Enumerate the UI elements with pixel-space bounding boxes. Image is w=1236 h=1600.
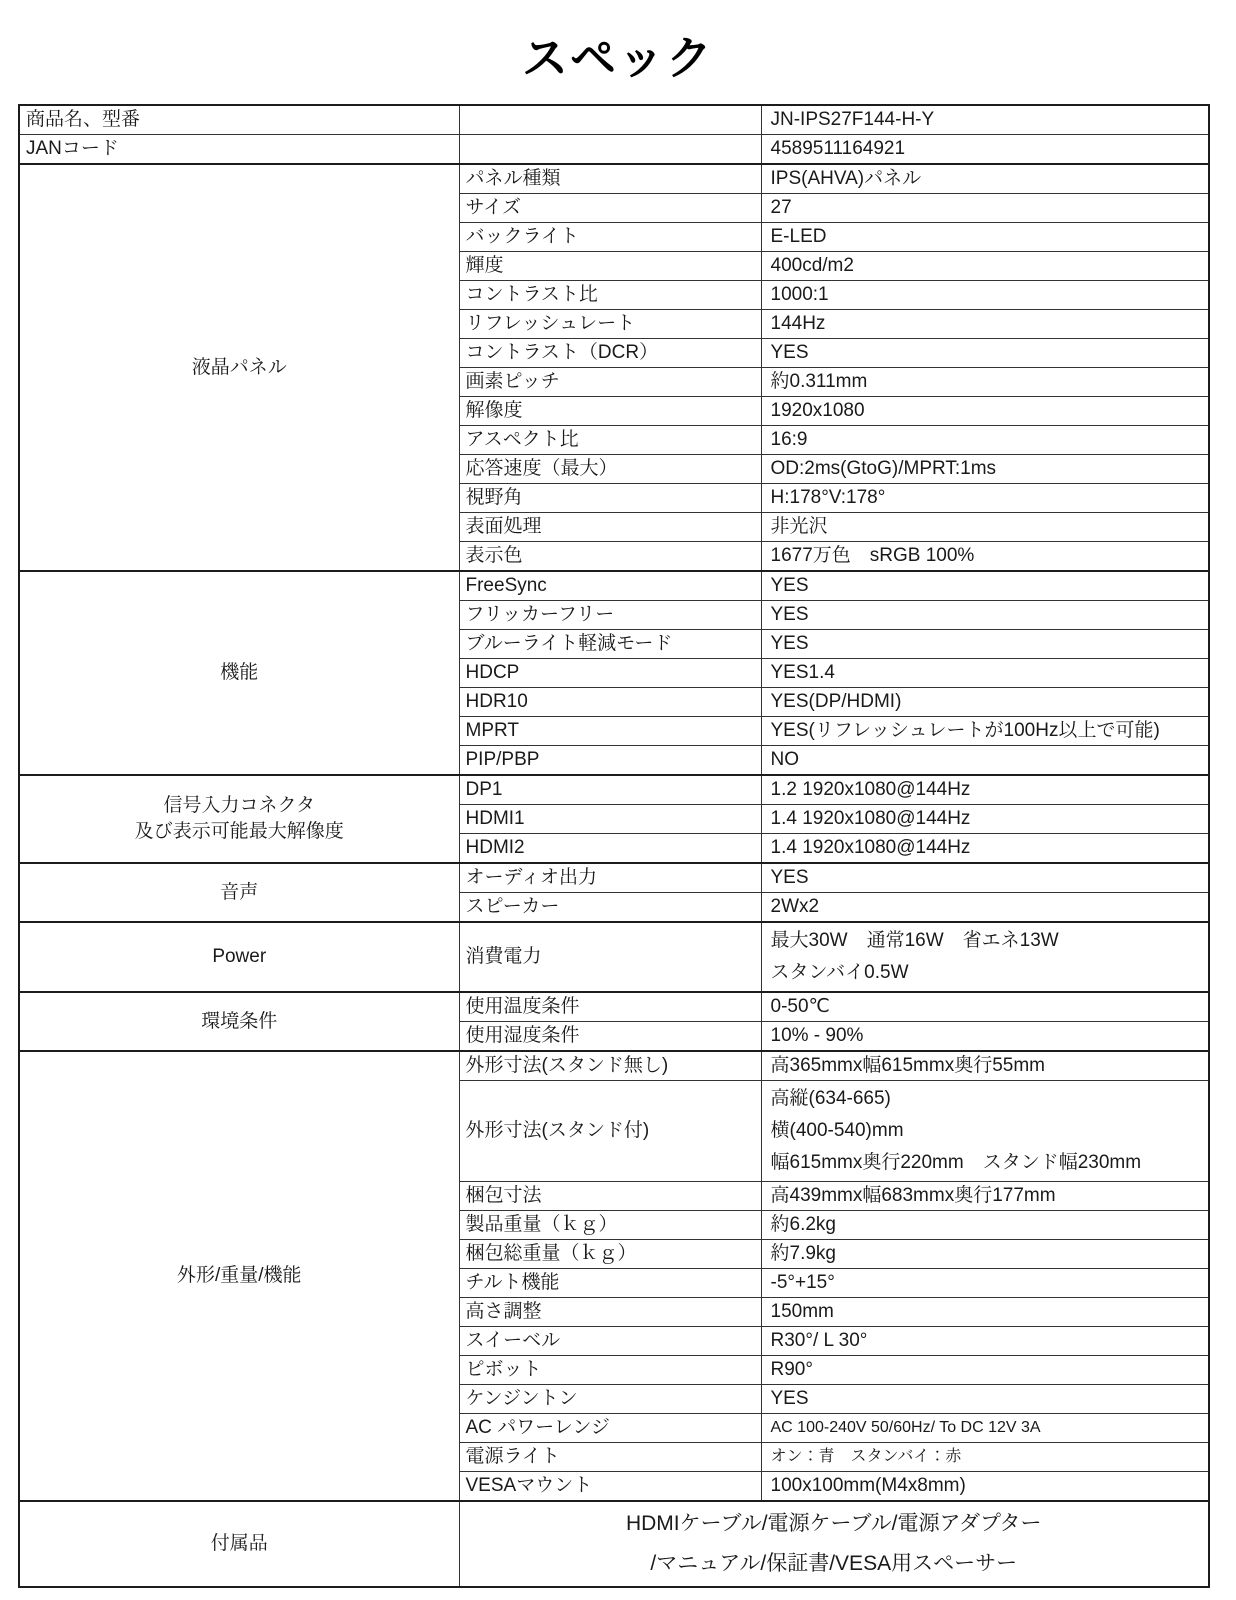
value-line: /マニュアル/保証書/VESA用スペーサー [466, 1544, 1203, 1584]
spec-value-cell: 1677万色 sRGB 100% [761, 542, 1209, 572]
spec-sheet-page: スペック 商品名、型番JN-IPS27F144-H-YJANコード4589511… [0, 0, 1236, 1600]
table-row: Power消費電力最大30W 通常16W 省エネ13Wスタンバイ0.5W [19, 922, 1209, 992]
spec-label-cell: サイズ [459, 194, 761, 223]
spec-label-cell: 使用湿度条件 [459, 1022, 761, 1052]
spec-label-cell: フリッカーフリー [459, 601, 761, 630]
spec-value-cell: YES1.4 [761, 659, 1209, 688]
spec-value-cell: 約7.9kg [761, 1240, 1209, 1269]
spec-label-cell: HDR10 [459, 688, 761, 717]
table-row: 機能FreeSyncYES [19, 571, 1209, 601]
value-line: 高縦(634-665) [771, 1083, 1203, 1115]
spec-value-cell: OD:2ms(GtoG)/MPRT:1ms [761, 455, 1209, 484]
spec-value-cell: YES [761, 601, 1209, 630]
table-row: 付属品HDMIケーブル/電源ケーブル/電源アダプター/マニュアル/保証書/VES… [19, 1501, 1209, 1587]
spec-label-cell: 応答速度（最大） [459, 455, 761, 484]
table-row: 音声オーディオ出力YES [19, 863, 1209, 893]
value-line: スタンバイ0.5W [771, 957, 1203, 989]
spec-value-cell: 約0.311mm [761, 368, 1209, 397]
spec-value-cell: 150mm [761, 1298, 1209, 1327]
spec-label-cell: 消費電力 [459, 922, 761, 992]
table-row: JANコード4589511164921 [19, 135, 1209, 165]
table-row: 液晶パネルパネル種類IPS(AHVA)パネル [19, 164, 1209, 194]
spec-value-cell: 非光沢 [761, 513, 1209, 542]
spec-value-cell: YES [761, 1385, 1209, 1414]
spec-category-cell: 液晶パネル [19, 164, 459, 571]
table-row: 信号入力コネクタ 及び表示可能最大解像度DP11.2 1920x1080@144… [19, 775, 1209, 805]
spec-label-cell: コントラスト（DCR） [459, 339, 761, 368]
spec-category-cell: 音声 [19, 863, 459, 922]
table-row: 環境条件使用温度条件0-50℃ [19, 992, 1209, 1022]
spec-label-cell: 外形寸法(スタンド無し) [459, 1051, 761, 1081]
spec-label-cell: 使用温度条件 [459, 992, 761, 1022]
spec-value-cell: HDMIケーブル/電源ケーブル/電源アダプター/マニュアル/保証書/VESA用ス… [459, 1501, 1209, 1587]
spec-label-cell: JANコード [19, 135, 459, 165]
spec-value-cell: 高365mmx幅615mmx奥行55mm [761, 1051, 1209, 1081]
spec-label-cell: コントラスト比 [459, 281, 761, 310]
spec-value-cell: YES [761, 630, 1209, 659]
page-title: スペック [0, 0, 1236, 104]
spec-value-cell: YES [761, 863, 1209, 893]
spec-value-cell: H:178°V:178° [761, 484, 1209, 513]
spec-value-cell: JN-IPS27F144-H-Y [761, 105, 1209, 135]
spec-label-cell: ピボット [459, 1356, 761, 1385]
spec-value-cell: 2Wx2 [761, 893, 1209, 923]
spec-value-cell: 400cd/m2 [761, 252, 1209, 281]
spec-label-cell: HDCP [459, 659, 761, 688]
spec-label-cell: HDMI2 [459, 834, 761, 864]
spec-value-cell: 100x100mm(M4x8mm) [761, 1472, 1209, 1502]
spec-label-cell: パネル種類 [459, 164, 761, 194]
spec-label-cell: オーディオ出力 [459, 863, 761, 893]
spec-value-cell: 1.4 1920x1080@144Hz [761, 805, 1209, 834]
spec-value-cell: 144Hz [761, 310, 1209, 339]
spec-label-cell: スピーカー [459, 893, 761, 923]
spec-label-cell: ケンジントン [459, 1385, 761, 1414]
spec-label-cell: 表面処理 [459, 513, 761, 542]
spec-category-cell: 機能 [19, 571, 459, 775]
spec-value-cell: E-LED [761, 223, 1209, 252]
spec-value-cell: 27 [761, 194, 1209, 223]
spec-value-cell: オン：青 スタンバイ：赤 [761, 1443, 1209, 1472]
table-row: 外形/重量/機能外形寸法(スタンド無し)高365mmx幅615mmx奥行55mm [19, 1051, 1209, 1081]
spec-value-cell: 16:9 [761, 426, 1209, 455]
spec-label-cell: FreeSync [459, 571, 761, 601]
spec-value-cell: R90° [761, 1356, 1209, 1385]
value-line: 最大30W 通常16W 省エネ13W [771, 925, 1203, 957]
spec-label-cell: VESAマウント [459, 1472, 761, 1502]
spec-value-cell: 1.2 1920x1080@144Hz [761, 775, 1209, 805]
spec-value-cell: YES(DP/HDMI) [761, 688, 1209, 717]
spec-label-cell: 視野角 [459, 484, 761, 513]
spec-table: 商品名、型番JN-IPS27F144-H-YJANコード458951116492… [18, 104, 1210, 1588]
spec-value-cell: 1920x1080 [761, 397, 1209, 426]
spec-value-cell: AC 100-240V 50/60Hz/ To DC 12V 3A [761, 1414, 1209, 1443]
value-line: HDMIケーブル/電源ケーブル/電源アダプター [466, 1504, 1203, 1544]
spec-value-cell: 約6.2kg [761, 1211, 1209, 1240]
table-row: 商品名、型番JN-IPS27F144-H-Y [19, 105, 1209, 135]
spec-label-cell: DP1 [459, 775, 761, 805]
spec-label-cell: 高さ調整 [459, 1298, 761, 1327]
spec-value-cell: 1.4 1920x1080@144Hz [761, 834, 1209, 864]
spec-category-cell: 外形/重量/機能 [19, 1051, 459, 1501]
spec-value-cell: YES [761, 571, 1209, 601]
spec-value-cell: IPS(AHVA)パネル [761, 164, 1209, 194]
spec-label-cell: HDMI1 [459, 805, 761, 834]
spec-value-cell: -5°+15° [761, 1269, 1209, 1298]
spec-value-cell: 高439mmx幅683mmx奥行177mm [761, 1182, 1209, 1211]
spec-label-cell: MPRT [459, 717, 761, 746]
spec-label-cell: 梱包寸法 [459, 1182, 761, 1211]
value-line: 横(400-540)mm [771, 1115, 1203, 1147]
spec-value-cell: 1000:1 [761, 281, 1209, 310]
spec-label-cell: 画素ピッチ [459, 368, 761, 397]
spec-value-cell: R30°/ L 30° [761, 1327, 1209, 1356]
spec-value-cell: 0-50℃ [761, 992, 1209, 1022]
spec-label-cell: ブルーライト軽減モード [459, 630, 761, 659]
spec-label-cell: 表示色 [459, 542, 761, 572]
spec-label-cell: リフレッシュレート [459, 310, 761, 339]
spec-value-cell: YES [761, 339, 1209, 368]
spec-label-cell: チルト機能 [459, 1269, 761, 1298]
spec-label-cell: バックライト [459, 223, 761, 252]
spec-value-cell: 4589511164921 [761, 135, 1209, 165]
spec-label-cell: 梱包総重量（ｋｇ） [459, 1240, 761, 1269]
spec-label-cell: 製品重量（ｋｇ） [459, 1211, 761, 1240]
spec-category-cell: 環境条件 [19, 992, 459, 1051]
spec-label-cell: アスペクト比 [459, 426, 761, 455]
spec-empty-cell [459, 135, 761, 165]
spec-value-cell: YES(リフレッシュレートが100Hz以上で可能) [761, 717, 1209, 746]
spec-category-cell: 付属品 [19, 1501, 459, 1587]
spec-value-cell: 高縦(634-665)横(400-540)mm幅615mmx奥行220mm スタ… [761, 1081, 1209, 1182]
spec-value-cell: 10% - 90% [761, 1022, 1209, 1052]
spec-label-cell: 商品名、型番 [19, 105, 459, 135]
spec-empty-cell [459, 105, 761, 135]
spec-category-cell: 信号入力コネクタ 及び表示可能最大解像度 [19, 775, 459, 863]
spec-label-cell: 輝度 [459, 252, 761, 281]
spec-label-cell: 外形寸法(スタンド付) [459, 1081, 761, 1182]
spec-value-cell: 最大30W 通常16W 省エネ13Wスタンバイ0.5W [761, 922, 1209, 992]
spec-label-cell: 電源ライト [459, 1443, 761, 1472]
spec-label-cell: 解像度 [459, 397, 761, 426]
value-line: 幅615mmx奥行220mm スタンド幅230mm [771, 1147, 1203, 1179]
spec-label-cell: AC パワーレンジ [459, 1414, 761, 1443]
spec-label-cell: PIP/PBP [459, 746, 761, 776]
spec-label-cell: スイーベル [459, 1327, 761, 1356]
spec-category-cell: Power [19, 922, 459, 992]
spec-value-cell: NO [761, 746, 1209, 776]
